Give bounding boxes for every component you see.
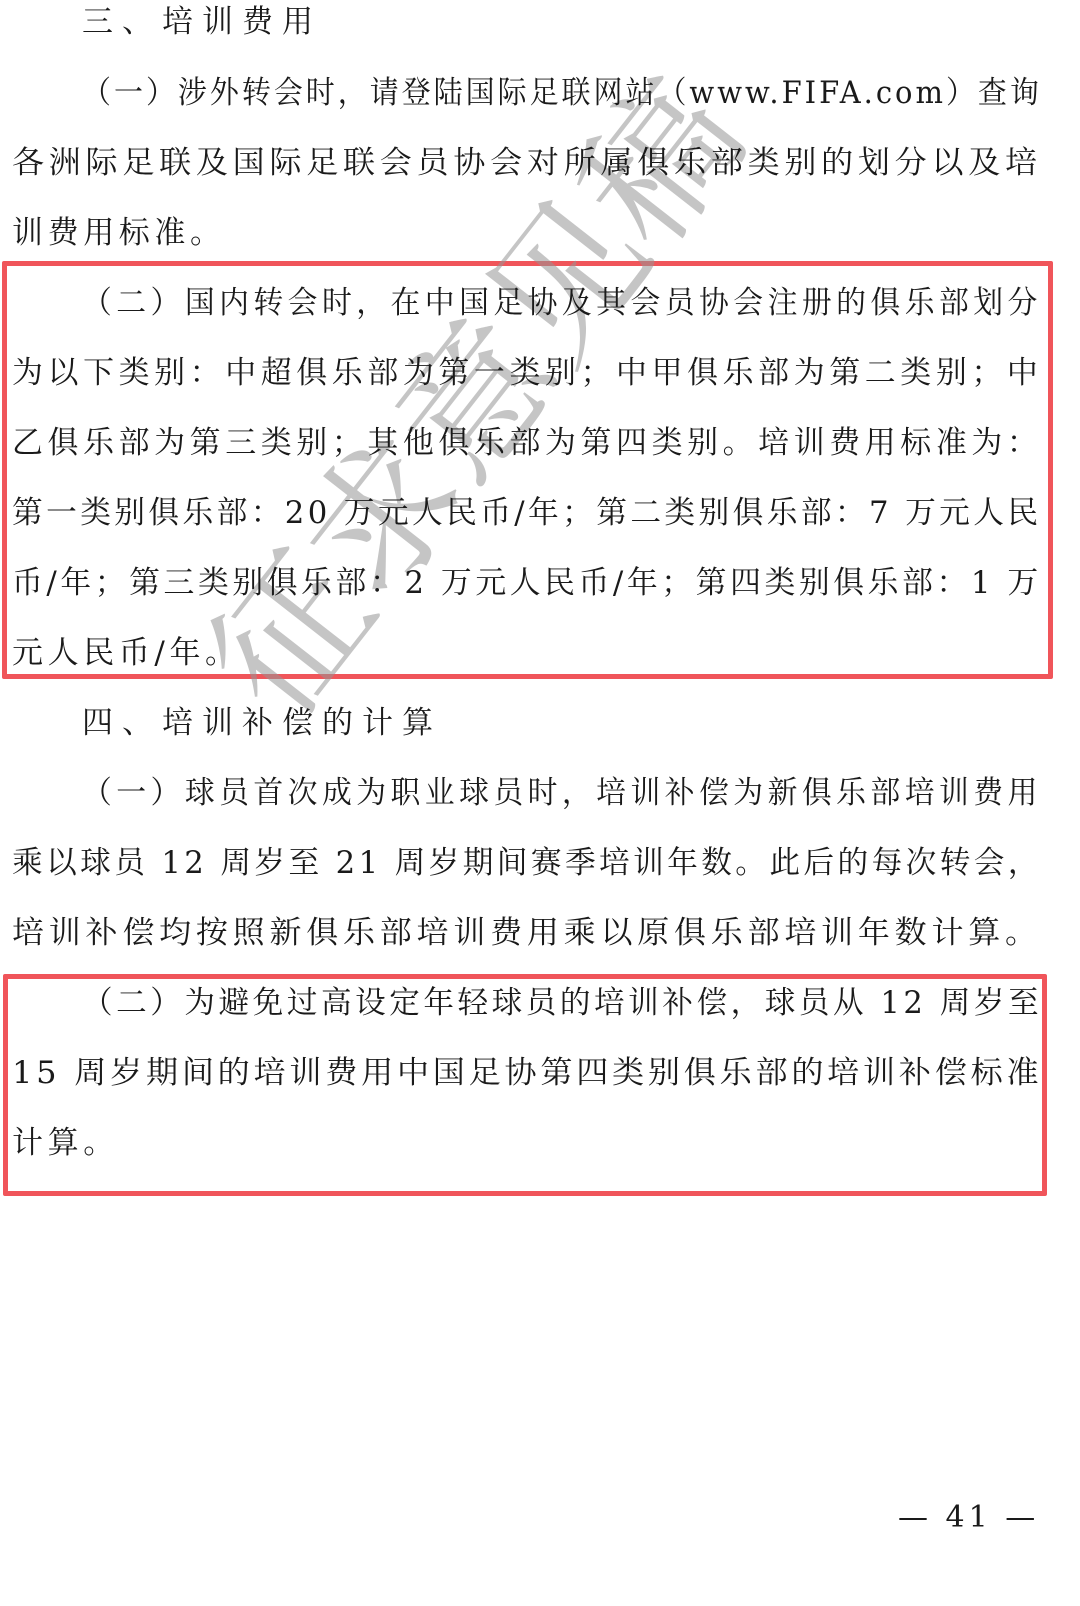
document-body: 三、培训费用 （一）涉外转会时，请登陆国际足联网站（www.FIFA.com）查… — [0, 0, 1080, 1606]
paragraph-line: 各洲际足联及国际足联会员协会对所属俱乐部类别的划分以及培 — [12, 133, 1042, 193]
paragraph-line: 元人民币/年。 — [12, 623, 1042, 683]
paragraph-line: 第一类别俱乐部：20 万元人民币/年；第二类别俱乐部：7 万元人民 — [12, 483, 1041, 543]
paragraph-line: 乙俱乐部为第三类别；其他俱乐部为第四类别。培训费用标准为： — [12, 413, 1042, 473]
paragraph-line: 计算。 — [12, 1113, 1042, 1173]
paragraph-line: （一）球员首次成为职业球员时，培训补偿为新俱乐部培训费用 — [82, 763, 1042, 823]
page-number: — 41 — — [898, 1498, 1039, 1538]
paragraph-line: 15 周岁期间的培训费用中国足协第四类别俱乐部的培训补偿标准 — [12, 1043, 1042, 1103]
paragraph-line: 培训补偿均按照新俱乐部培训费用乘以原俱乐部培训年数计算。 — [12, 903, 1042, 963]
paragraph-line: 乘以球员 12 周岁至 21 周岁期间赛季培训年数。此后的每次转会， — [12, 833, 1042, 893]
paragraph-line: 币/年；第三类别俱乐部：2 万元人民币/年；第四类别俱乐部：1 万 — [12, 553, 1042, 613]
paragraph-line: 训费用标准。 — [12, 203, 1042, 263]
paragraph-line: （二）为避免过高设定年轻球员的培训补偿，球员从 12 周岁至 — [82, 973, 1042, 1033]
paragraph-line: 为以下类别：中超俱乐部为第一类别；中甲俱乐部为第二类别；中 — [12, 343, 1042, 403]
section-heading-training-fees: 三、培训费用 — [82, 0, 1080, 52]
document-page: 征求意见稿 三、培训费用 （一）涉外转会时，请登陆国际足联网站（www.FIFA… — [0, 0, 1080, 1606]
paragraph-line: （一）涉外转会时，请登陆国际足联网站（www.FIFA.com）查询 — [82, 63, 1042, 123]
section-heading-compensation-calc: 四、培训补偿的计算 — [82, 693, 1080, 753]
paragraph-line: （二）国内转会时，在中国足协及其会员协会注册的俱乐部划分 — [82, 273, 1042, 333]
